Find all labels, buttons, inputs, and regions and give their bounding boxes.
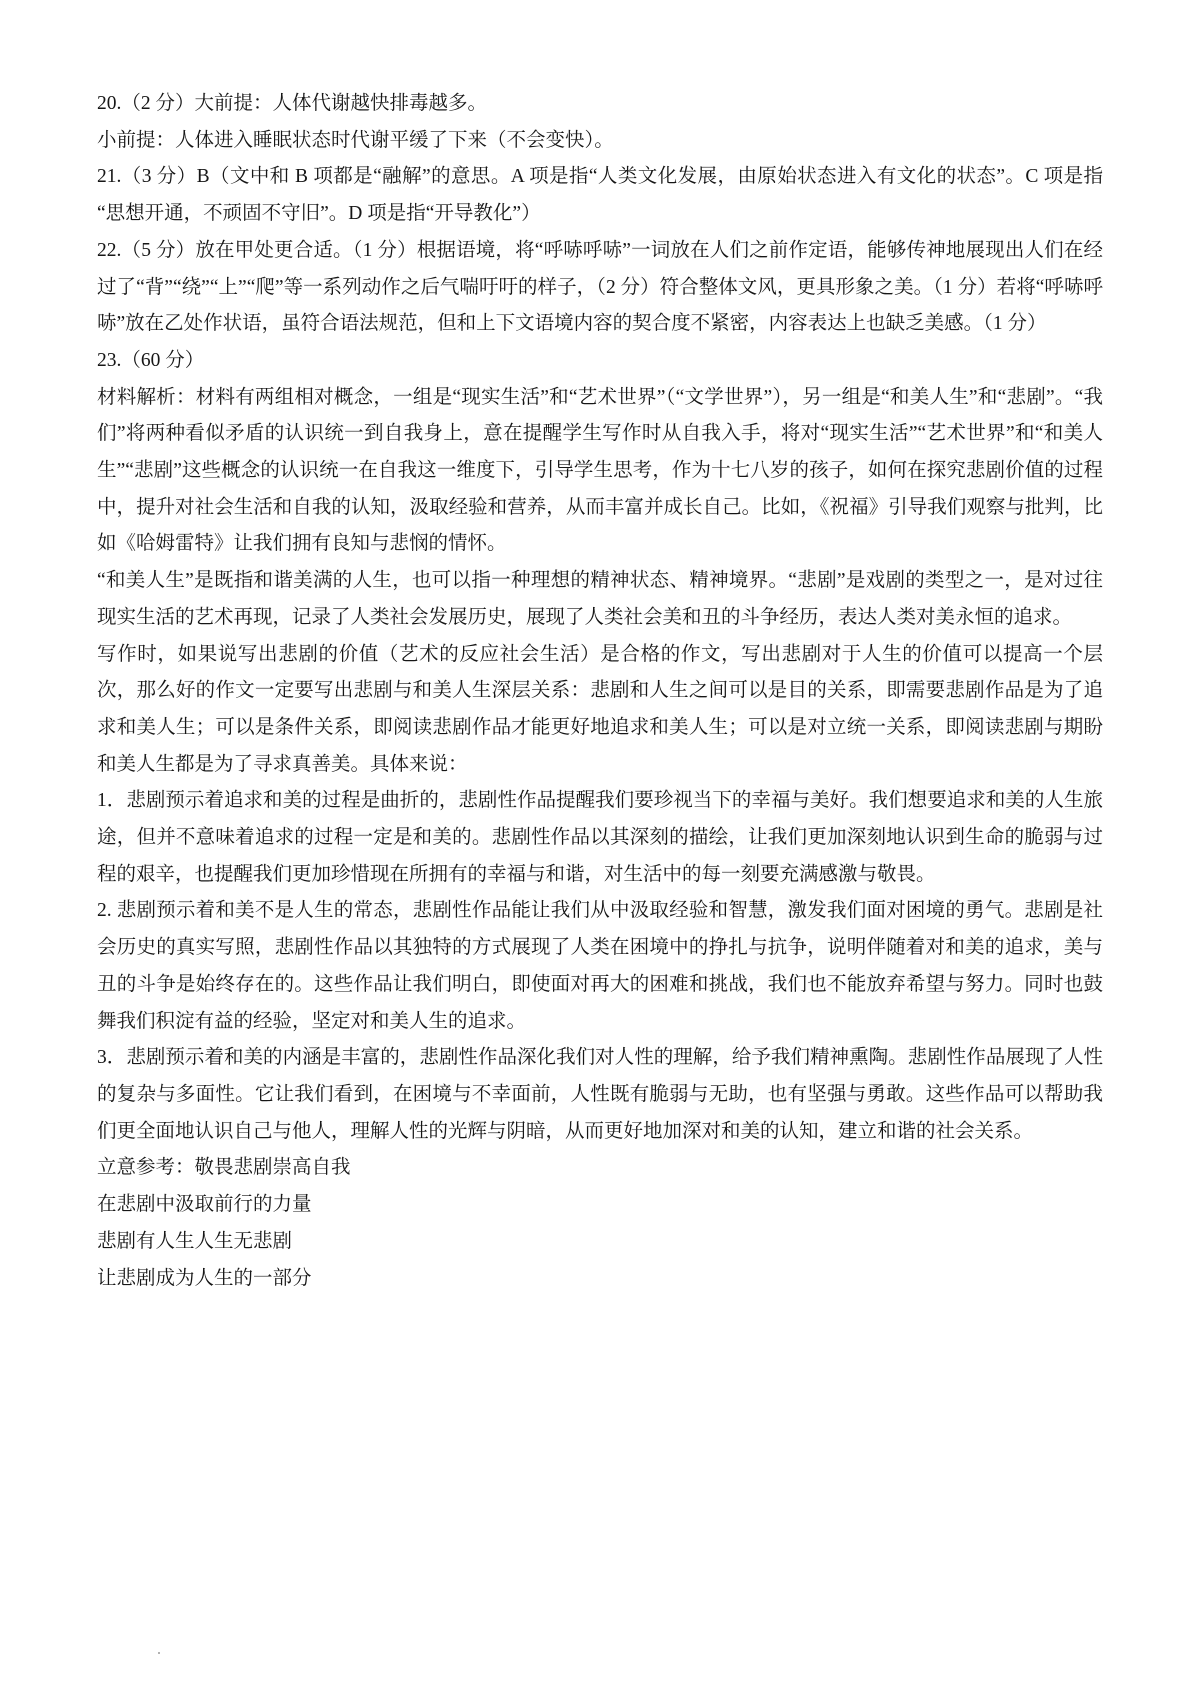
writing-guidance-paragraph: 写作时，如果说写出悲剧的价值（艺术的反应社会生活）是合格的作文，写出悲剧对于人生… [97, 637, 1103, 784]
topic-reference-line-2: 在悲剧中汲取前行的力量 [97, 1187, 1103, 1224]
answer-key-page: 20.（2 分）大前提：人体代谢越快排毒越多。 小前提：人体进入睡眠状态时代谢平… [0, 0, 1200, 1698]
point-3-paragraph: 3．悲剧预示着和美的内涵是丰富的，悲剧性作品深化我们对人性的理解，给予我们精神熏… [97, 1040, 1103, 1150]
topic-reference-line-4: 让悲剧成为人生的一部分 [97, 1261, 1103, 1298]
point-2-paragraph: 2. 悲剧预示着和美不是人生的常态，悲剧性作品能让我们从中汲取经验和智慧，激发我… [97, 893, 1103, 1040]
scan-speck-artifact [158, 1652, 160, 1654]
answer-q23-heading: 23.（60 分） [97, 343, 1103, 380]
concept-definition-paragraph: “和美人生”是既指和谐美满的人生，也可以指一种理想的精神状态、精神境界。“悲剧”… [97, 563, 1103, 636]
answer-q22: 22.（5 分）放在甲处更合适。（1 分）根据语境，将“呼哧呼哧”一词放在人们之… [97, 233, 1103, 343]
material-analysis-paragraph: 材料解析：材料有两组相对概念，一组是“现实生活”和“艺术世界”（“文学世界”），… [97, 380, 1103, 564]
answer-q20-minor-premise: 小前提：人体进入睡眠状态时代谢平缓了下来（不会变快）。 [97, 123, 1103, 160]
answer-q20-major-premise: 20.（2 分）大前提：人体代谢越快排毒越多。 [97, 86, 1103, 123]
topic-reference-line-1: 立意参考：敬畏悲剧崇高自我 [97, 1150, 1103, 1187]
topic-reference-line-3: 悲剧有人生人生无悲剧 [97, 1224, 1103, 1261]
answer-q21: 21.（3 分）B（文中和 B 项都是“融解”的意思。A 项是指“人类文化发展，… [97, 159, 1103, 232]
point-1-paragraph: 1．悲剧预示着追求和美的过程是曲折的，悲剧性作品提醒我们要珍视当下的幸福与美好。… [97, 783, 1103, 893]
